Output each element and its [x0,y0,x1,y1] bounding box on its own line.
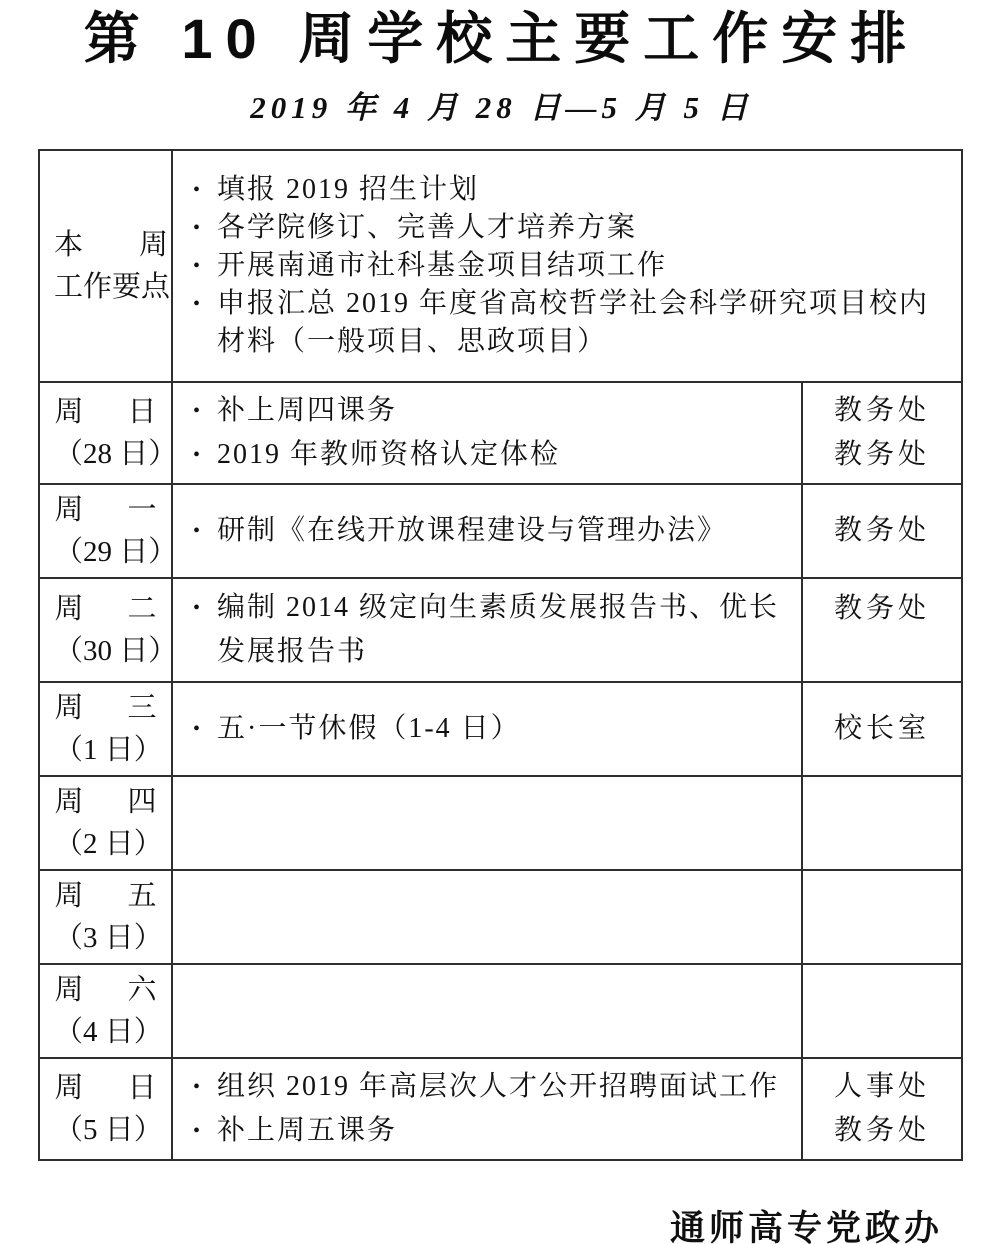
row-content-fri-3 [173,871,801,963]
table-row-sat-4: 周 六 （4 日） [40,963,961,1057]
label-char: 四 [127,781,156,823]
label-char: 日 [127,1067,156,1109]
row-dept-mon-29: 教务处 [801,485,961,577]
list-item: • 2019 年教师资格认定体检 [193,433,791,477]
label-line-2: （30 日） [54,630,157,672]
item-text: 开展南通市社科基金项目结项工作 [217,250,667,281]
item-text: 研制《在线开放课程建设与管理办法》 [217,515,727,546]
table-row-tue-30: 周 二 （30 日） • 编制 2014 级定向生素质发展报告书、优长发展报告书… [40,577,961,681]
label-char: 三 [127,687,156,729]
item-text: 申报汇总 2019 年度省高校哲学社会科学研究项目校内材料（一般项目、思政项目） [217,288,929,357]
list-item: • 编制 2014 级定向生素质发展报告书、优长发展报告书 [193,586,791,674]
bullet-icon: • [193,707,200,751]
label-line-1: 周 六 [55,969,157,1011]
table-row-fri-3: 周 五 （3 日） [40,869,961,963]
bullet-icon: • [193,586,200,630]
row-content-tue-30: • 编制 2014 级定向生素质发展报告书、优长发展报告书 [173,579,801,681]
row-dept-sun-28: 教务处 教务处 [801,383,961,483]
label-char: 周 [55,969,84,1011]
dept-label: 教务处 [834,433,930,477]
bullet-icon: • [193,389,200,433]
bullet-icon: • [193,433,200,477]
label-line-2: （5 日） [54,1109,157,1151]
dept-label: 教务处 [834,587,930,631]
row-label-mon-29: 周 一 （29 日） [40,485,173,577]
label-char: 周 [139,224,168,266]
row-content-sun-28: • 补上周四课务 • 2019 年教师资格认定体检 [173,383,801,483]
bullet-icon: • [193,1109,200,1153]
bullet-icon: • [193,509,200,553]
item-text: 组织 2019 年高层次人才公开招聘面试工作 [217,1071,779,1102]
footer-signature: 通师高专党政办 [0,1207,943,1244]
row-label-weekly-summary: 本 周 工作要点 [40,151,173,381]
list-item: • 补上周四课务 [193,389,791,433]
bullet-icon: • [193,1065,200,1109]
list-item: • 申报汇总 2019 年度省高校哲学社会科学研究项目校内材料（一般项目、思政项… [193,285,951,361]
table-row-weekly-summary: 本 周 工作要点 • 填报 2019 招生计划 • 各学院修订、完善人才培养方案… [40,151,961,381]
label-line-1: 周 四 [55,781,157,823]
item-text: 各学院修订、完善人才培养方案 [217,212,637,243]
label-char: 周 [55,687,84,729]
label-char: 二 [127,588,156,630]
label-line-2: （29 日） [54,531,157,573]
row-label-thu-2: 周 四 （2 日） [40,777,173,869]
label-line-2: （2 日） [54,823,157,865]
item-text: 补上周四课务 [217,395,397,426]
item-text: 2019 年教师资格认定体检 [217,439,560,470]
row-content-sun-5: • 组织 2019 年高层次人才公开招聘面试工作 • 补上周五课务 [173,1059,801,1159]
bullet-icon: • [193,285,200,323]
row-dept-thu-2 [801,777,961,869]
schedule-table: 本 周 工作要点 • 填报 2019 招生计划 • 各学院修订、完善人才培养方案… [38,149,963,1161]
row-label-sun-5: 周 日 （5 日） [40,1059,173,1159]
row-label-sun-28: 周 日 （28 日） [40,383,173,483]
table-row-thu-2: 周 四 （2 日） [40,775,961,869]
label-line-1: 周 日 [55,391,157,433]
dept-label: 教务处 [834,509,930,553]
document-page: 第 10 周学校主要工作安排 2019 年 4 月 28 日—5 月 5 日 本… [0,0,1003,1244]
table-row-wed-1: 周 三 （1 日） • 五·一节休假（1-4 日） 校长室 [40,681,961,775]
list-item: • 填报 2019 招生计划 [193,171,951,209]
row-dept-sun-5: 人事处 教务处 [801,1059,961,1159]
label-char: 本 [54,224,83,266]
list-item: • 补上周五课务 [193,1109,791,1153]
list-item: • 五·一节休假（1-4 日） [193,707,791,751]
row-content-sat-4 [173,965,801,1057]
row-label-fri-3: 周 五 （3 日） [40,871,173,963]
label-line-1: 周 五 [55,875,157,917]
row-content-thu-2 [173,777,801,869]
label-line-1: 周 一 [55,489,157,531]
dept-label: 人事处 [834,1065,930,1109]
item-text: 编制 2014 级定向生素质发展报告书、优长发展报告书 [217,592,779,667]
row-dept-wed-1: 校长室 [801,683,961,775]
label-char: 六 [127,969,156,1011]
label-char: 周 [55,875,84,917]
table-row-mon-29: 周 一 （29 日） • 研制《在线开放课程建设与管理办法》 教务处 [40,483,961,577]
dept-label: 教务处 [834,389,930,433]
label-line-2: 工作要点 [54,266,157,308]
date-range: 2019 年 4 月 28 日—5 月 5 日 [0,88,1003,128]
dept-label: 教务处 [834,1109,930,1153]
row-label-tue-30: 周 二 （30 日） [40,579,173,681]
label-line-1: 本 周 [54,224,168,266]
bullet-icon: • [193,247,200,285]
label-line-1: 周 日 [55,1067,157,1109]
bullet-icon: • [193,171,200,209]
label-line-1: 周 三 [55,687,157,729]
item-text: 五·一节休假（1-4 日） [217,713,521,744]
list-item: • 开展南通市社科基金项目结项工作 [193,247,951,285]
row-label-sat-4: 周 六 （4 日） [40,965,173,1057]
label-char: 五 [127,875,156,917]
page-title: 第 10 周学校主要工作安排 [0,6,1003,72]
label-line-2: （28 日） [54,433,157,475]
label-char: 周 [55,588,84,630]
item-text: 补上周五课务 [217,1115,397,1146]
list-item: • 组织 2019 年高层次人才公开招聘面试工作 [193,1065,791,1109]
bullet-icon: • [193,209,200,247]
table-row-sun-5: 周 日 （5 日） • 组织 2019 年高层次人才公开招聘面试工作 • 补上周… [40,1057,961,1159]
label-char: 一 [127,489,156,531]
row-dept-tue-30: 教务处 [801,579,961,681]
label-line-2: （3 日） [54,917,157,959]
label-char: 日 [127,391,156,433]
row-label-wed-1: 周 三 （1 日） [40,683,173,775]
label-line-2: （1 日） [54,729,157,771]
label-line-1: 周 二 [55,588,157,630]
row-dept-fri-3 [801,871,961,963]
list-item: • 研制《在线开放课程建设与管理办法》 [193,509,791,553]
label-char: 周 [55,781,84,823]
table-row-sun-28: 周 日 （28 日） • 补上周四课务 • 2019 年教师资格认定体检 教务处… [40,381,961,483]
label-char: 周 [55,1067,84,1109]
label-char: 周 [55,391,84,433]
row-content-mon-29: • 研制《在线开放课程建设与管理办法》 [173,485,801,577]
row-content-weekly-summary: • 填报 2019 招生计划 • 各学院修订、完善人才培养方案 • 开展南通市社… [173,151,961,381]
item-text: 填报 2019 招生计划 [217,174,479,205]
row-content-wed-1: • 五·一节休假（1-4 日） [173,683,801,775]
label-line-2: （4 日） [54,1011,157,1053]
label-char: 周 [55,489,84,531]
dept-label: 校长室 [834,707,930,751]
row-dept-sat-4 [801,965,961,1057]
list-item: • 各学院修订、完善人才培养方案 [193,209,951,247]
